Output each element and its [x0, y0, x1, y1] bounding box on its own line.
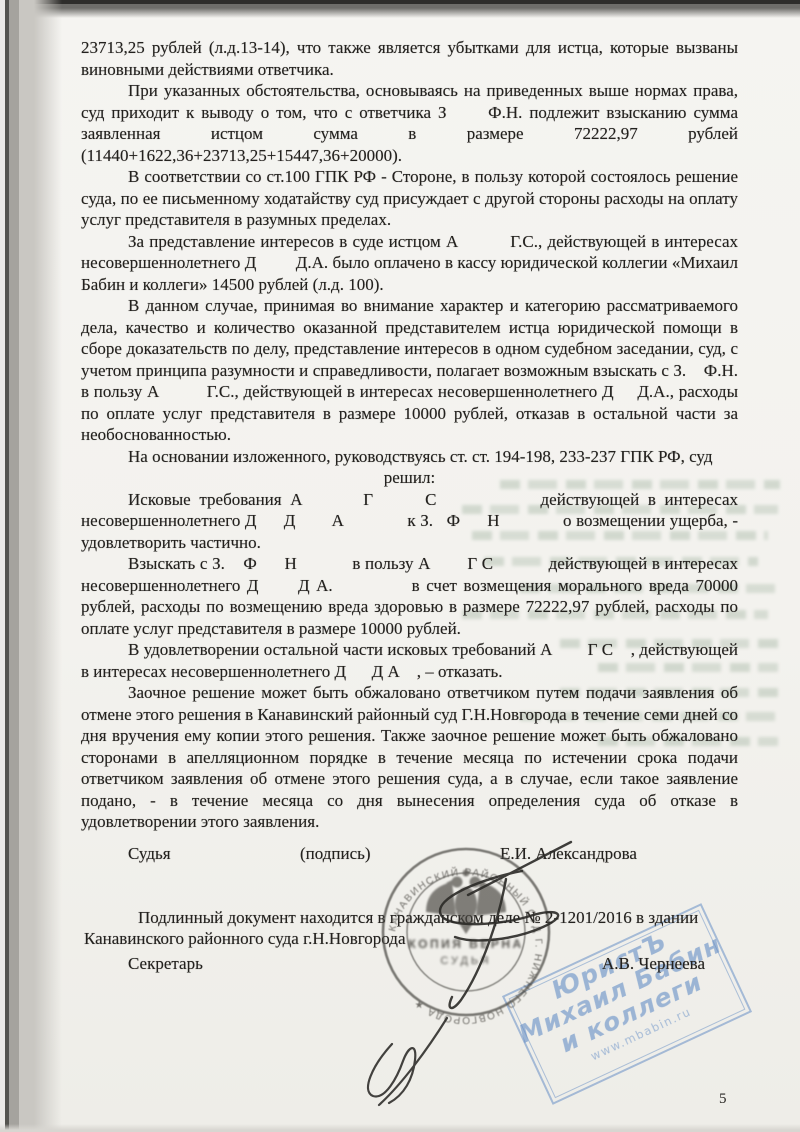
stamp-center-line2: СУДЬЯ: [440, 955, 491, 967]
stamp-center-line1: КОПИЯ ВЕРНА: [408, 937, 523, 951]
secretary-label: Секретарь: [128, 953, 203, 975]
paragraph: Взыскать с З. Ф Н в пользу А Г С действу…: [81, 553, 738, 639]
court-round-stamp: КАНАВИНСКИЙ РАЙОННЫЙ СУД Г. НИЖНЕГО НОВГ…: [370, 842, 562, 1028]
paragraph: В удовлетворении остальной части исковых…: [81, 639, 738, 682]
paragraph: При указанных обстоятельства, основываяс…: [81, 80, 738, 166]
signature-note: (подпись): [300, 843, 371, 865]
judge-label: Судья: [128, 843, 171, 865]
scan-edge-bottom: [0, 1124, 800, 1132]
paragraph: Исковые требования А Г С действующей в и…: [81, 489, 738, 554]
secretary-name: А.В. Чернеева: [602, 953, 705, 975]
secretary-handwritten-signature: [368, 1018, 447, 1105]
resolution-heading: решил:: [81, 467, 738, 489]
court-decision-page: 23713,25 рублей (л.д.13-14), что также я…: [81, 37, 738, 975]
paragraph: 23713,25 рублей (л.д.13-14), что также я…: [81, 37, 738, 80]
scan-edge-left: [0, 0, 62, 1132]
scan-edge-top: [0, 0, 800, 18]
paragraph: Заочное решение может быть обжаловано от…: [81, 682, 738, 833]
paragraph: В соответствии со ст.100 ГПК РФ - Сторон…: [81, 166, 738, 231]
page-number: 5: [719, 1091, 727, 1108]
paragraph: За представление интересов в суде истцом…: [81, 231, 738, 296]
paragraph: На основании изложенного, руководствуясь…: [81, 446, 738, 468]
paragraph: В данном случае, принимая во внимание ха…: [81, 295, 738, 446]
